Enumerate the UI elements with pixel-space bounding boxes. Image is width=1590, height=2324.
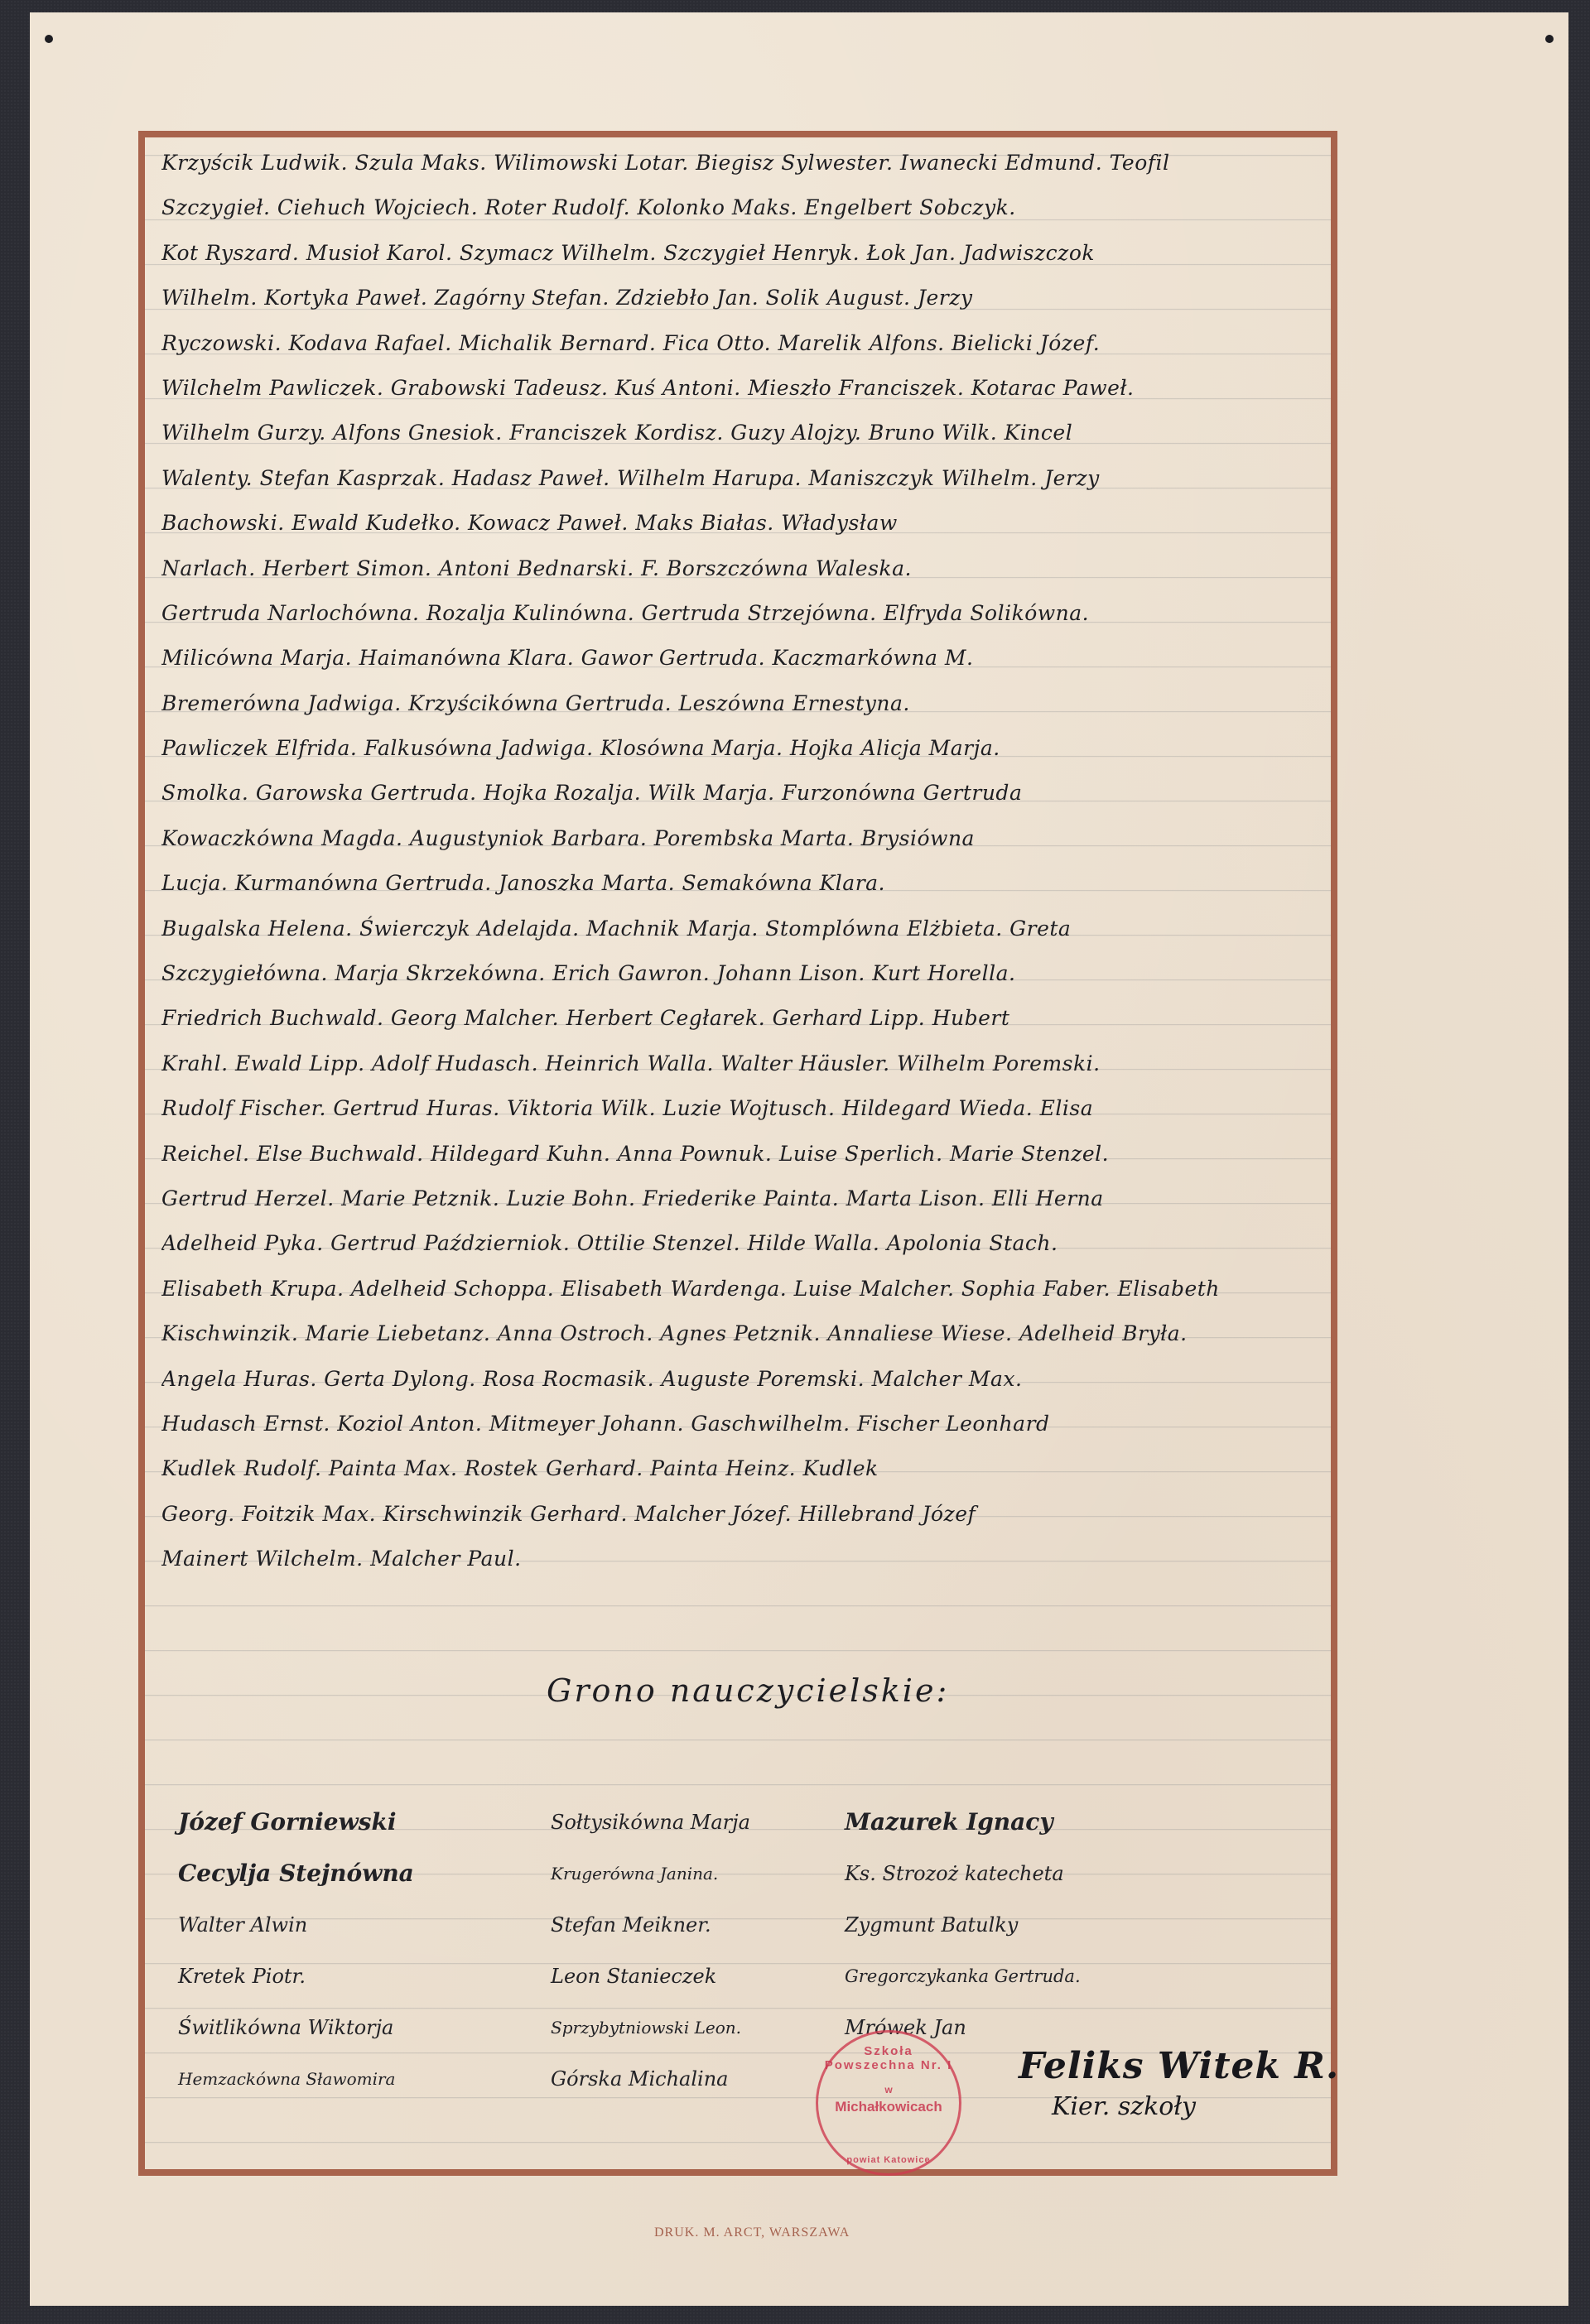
stamp-ring-text: Szkoła Powszechna Nr. I <box>818 2044 959 2072</box>
name-line: Walenty. Stefan Kasprzak. Hadasz Paweł. … <box>161 456 1321 501</box>
teacher-signatures-column-1: Józef Gorniewski Cecylja Stejnówna Walte… <box>178 1797 414 2105</box>
teacher-signature: Górska Michalina <box>551 2053 750 2105</box>
name-line: Kowaczkówna Magda. Augustyniok Barbara. … <box>161 816 1321 861</box>
name-line: Kot Ryszard. Musioł Karol. Szymacz Wilhe… <box>161 231 1321 276</box>
director-signature: Feliks Witek R. <box>1019 2045 1339 2087</box>
school-stamp: Szkoła Powszechna Nr. I w Michałkowicach… <box>816 2030 961 2176</box>
name-line: Gertrud Herzel. Marie Petznik. Luzie Boh… <box>161 1176 1321 1221</box>
name-line: Ryczowski. Kodava Rafael. Michalik Berna… <box>161 321 1321 366</box>
teacher-signature: Walter Alwin <box>178 1899 414 1951</box>
name-line: Bachowski. Ewald Kudełko. Kowacz Paweł. … <box>161 501 1321 546</box>
name-line: Mainert Wilchelm. Malcher Paul. <box>161 1537 1321 1581</box>
name-line: Szczygieł. Ciehuch Wojciech. Roter Rudol… <box>161 185 1321 230</box>
name-line: Kudlek Rudolf. Painta Max. Rostek Gerhar… <box>161 1446 1321 1491</box>
name-line: Reichel. Else Buchwald. Hildegard Kuhn. … <box>161 1132 1321 1176</box>
name-line: Smolka. Garowska Gertruda. Hojka Rozalja… <box>161 771 1321 816</box>
name-line: Wilhelm Gurzy. Alfons Gnesiok. Francisze… <box>161 411 1321 455</box>
name-line: Szczygiełówna. Marja Skrzekówna. Erich G… <box>161 951 1321 996</box>
name-line: Milicówna Marja. Haimanówna Klara. Gawor… <box>161 636 1321 681</box>
teacher-signature: Mazurek Ignacy <box>845 1797 1081 1848</box>
stamp-city: Michałkowicach <box>818 2099 959 2115</box>
name-line: Hudasch Ernst. Koziol Anton. Mitmeyer Jo… <box>161 1402 1321 1446</box>
name-line: Kischwinzik. Marie Liebetanz. Anna Ostro… <box>161 1311 1321 1356</box>
teacher-signatures-column-2: Sołtysikówna Marja Krugerówna Janina. St… <box>551 1797 750 2105</box>
name-line: Lucja. Kurmanówna Gertruda. Janoszka Mar… <box>161 861 1321 906</box>
name-line: Bremerówna Jadwiga. Krzyścikówna Gertrud… <box>161 681 1321 726</box>
teacher-signature: Zygmunt Batulky <box>845 1899 1081 1951</box>
punch-hole <box>1545 35 1554 43</box>
name-line: Wilchelm Pawliczek. Grabowski Tadeusz. K… <box>161 366 1321 411</box>
director-signature-block: Feliks Witek R. Kier. szkoły <box>1019 2045 1339 2121</box>
teacher-signature: Krugerówna Janina. <box>551 1848 750 1899</box>
teacher-signature: Ks. Strozoż katecheta <box>845 1848 1081 1899</box>
name-line: Narlach. Herbert Simon. Antoni Bednarski… <box>161 546 1321 591</box>
punch-hole <box>45 35 53 43</box>
printer-mark: DRUK. M. ARCT, WARSZAWA <box>654 2225 850 2240</box>
name-line: Friedrich Buchwald. Georg Malcher. Herbe… <box>161 996 1321 1041</box>
teacher-signature: Hemzackówna Sławomira <box>178 2053 414 2105</box>
teachers-heading: Grono nauczycielskie: <box>547 1672 949 1709</box>
name-line: Gertruda Narlochówna. Rozalja Kulinówna.… <box>161 591 1321 636</box>
name-line: Georg. Foitzik Max. Kirschwinzik Gerhard… <box>161 1492 1321 1537</box>
name-line: Angela Huras. Gerta Dylong. Rosa Rocmasi… <box>161 1357 1321 1402</box>
student-name-list: Krzyścik Ludwik. Szula Maks. Wilimowski … <box>161 141 1321 1582</box>
director-title: Kier. szkoły <box>1052 2092 1339 2121</box>
name-line: Adelheid Pyka. Gertrud Październiok. Ott… <box>161 1221 1321 1266</box>
name-line: Bugalska Helena. Świerczyk Adelajda. Mac… <box>161 907 1321 951</box>
name-line: Elisabeth Krupa. Adelheid Schoppa. Elisa… <box>161 1267 1321 1311</box>
name-line: Pawliczek Elfrida. Falkusówna Jadwiga. K… <box>161 726 1321 771</box>
name-line: Wilhelm. Kortyka Paweł. Zagórny Stefan. … <box>161 276 1321 320</box>
name-line: Rudolf Fischer. Gertrud Huras. Viktoria … <box>161 1086 1321 1131</box>
teacher-signature: Cecylja Stejnówna <box>178 1848 414 1899</box>
teacher-signature: Leon Stanieczek <box>551 1951 750 2002</box>
teacher-signature: Stefan Meikner. <box>551 1899 750 1951</box>
teacher-signature: Kretek Piotr. <box>178 1951 414 2002</box>
stamp-bottom-text: powiat Katowice <box>818 2155 959 2165</box>
teacher-signature: Świtlikówna Wiktorja <box>178 2002 414 2053</box>
teacher-signature: Sprzybytniowski Leon. <box>551 2002 750 2053</box>
teacher-signature: Gregorczykanka Gertruda. <box>845 1951 1081 2002</box>
teacher-signature: Sołtysikówna Marja <box>551 1797 750 1848</box>
name-line: Krahl. Ewald Lipp. Adolf Hudasch. Heinri… <box>161 1042 1321 1086</box>
stamp-w: w <box>818 2084 959 2095</box>
name-line: Krzyścik Ludwik. Szula Maks. Wilimowski … <box>161 141 1321 185</box>
teacher-signatures-column-3: Mazurek Ignacy Ks. Strozoż katecheta Zyg… <box>845 1797 1081 2053</box>
teacher-signature: Józef Gorniewski <box>178 1797 414 1848</box>
